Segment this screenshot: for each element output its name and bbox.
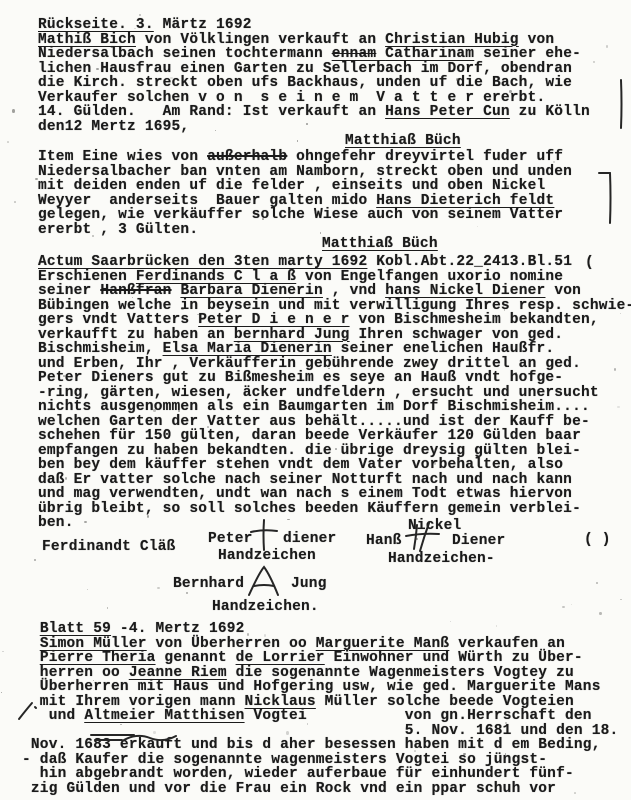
- scan-speckle: [72, 212, 75, 215]
- margin-bracket-handmark-icon: [596, 170, 614, 231]
- text-line: herren oo Jeanne Riem die sogenannte Wag…: [22, 666, 618, 681]
- text-line: Überherren mit Haus und Hofgering usw, w…: [22, 680, 618, 695]
- text-line: verkaufft zu haben an bernhard Jung Ihre…: [38, 328, 631, 343]
- scan-speckle: [84, 521, 87, 523]
- text-line: Mathiß Bich von Völklingen verkauft an C…: [38, 33, 590, 48]
- entry-4-blatt-59: Blatt 59 -4. Mertz 1692 Simon Müller von…: [22, 622, 618, 796]
- scan-speckle: [297, 140, 298, 142]
- scan-speckle: [34, 559, 36, 561]
- text-line: nichts ausgenommen als ein Baumgarten im…: [38, 400, 631, 415]
- scan-speckle: [181, 307, 184, 310]
- scan-speckle: [186, 592, 188, 593]
- scan-speckle: [320, 232, 322, 234]
- text-line: die Kirch. streckt oben ufs Backhaus, un…: [38, 76, 590, 91]
- text-line: Matthiaß Büch: [322, 237, 438, 252]
- scan-speckle: [606, 45, 608, 47]
- text-line: Niedersalbach seinen tochtermann ennam C…: [38, 47, 590, 62]
- scan-speckle: [7, 141, 8, 143]
- entry-2-wiese: Item Eine wies von außerhalb ohngefehr d…: [38, 150, 572, 237]
- text-line: Niedersalbacher ban vnten am Namborn, st…: [38, 165, 572, 180]
- text-line: Matthiaß Büch: [345, 134, 461, 149]
- text-line: Rückseite. 3. Märtz 1692: [38, 18, 590, 33]
- text-segment: übrig bleibt, so soll solches beeden Käu…: [38, 501, 581, 517]
- text-line: Weyyer anderseits Bauer galten mido Hans…: [38, 194, 572, 209]
- text-line: - daß Kaufer die sogenannte wagenmeister…: [22, 753, 618, 768]
- scan-speckle: [139, 14, 141, 16]
- text-line: lichen Hausfrau einen Garten zu Sellerba…: [38, 62, 590, 77]
- scan-speckle: [614, 368, 616, 370]
- text-line: Erschienen Ferdinands C l a ß von Engelf…: [38, 270, 631, 285]
- text-line: mit Ihrem vorigen mann Nicklaus Müller s…: [22, 695, 618, 710]
- scan-speckle: [496, 625, 497, 627]
- signature-label: Peter: [208, 532, 253, 547]
- text-segment: Matthiaß Büch: [345, 133, 461, 149]
- scan-speckle: [1, 692, 2, 693]
- strokes-handmark-icon: [402, 521, 442, 558]
- scan-speckle: [2, 651, 4, 652]
- scan-speckle: [98, 152, 100, 154]
- scan-speckle: [65, 477, 67, 480]
- text-line: und Erben, Ihr , Verkäufferin gebührende…: [38, 357, 631, 372]
- text-line: ben.: [38, 516, 631, 531]
- scan-speckle: [483, 639, 484, 640]
- text-line: Blatt 59 -4. Mertz 1692: [22, 622, 618, 637]
- scan-speckle: [620, 599, 621, 600]
- scan-speckle: [157, 587, 159, 589]
- scan-speckle: [134, 28, 136, 30]
- scan-speckle: [307, 723, 308, 724]
- scan-speckle: [515, 372, 517, 374]
- text-line: gers vndt Vatters Peter D i e n e r von …: [38, 313, 631, 328]
- scan-speckle: [195, 393, 196, 394]
- scan-speckle: [107, 607, 109, 609]
- scan-speckle: [35, 178, 38, 180]
- scan-speckle: [96, 68, 98, 70]
- scan-speckle: [456, 78, 459, 81]
- text-line: den12 Mertz 1695,: [38, 120, 590, 135]
- signature-label: (: [585, 256, 594, 271]
- scan-speckle: [14, 201, 15, 203]
- text-segment: zu Kölln: [510, 104, 590, 120]
- tilde-handmark-icon: [122, 730, 178, 748]
- text-line: welchen Garten der Vatter aus behält....…: [38, 415, 631, 430]
- scan-speckle: [593, 61, 595, 62]
- scan-speckle: [599, 612, 602, 615]
- text-segment: ererbt , 3 Gülten.: [38, 222, 198, 238]
- text-line: Bübingen welche in beysein und mit verwi…: [38, 299, 631, 314]
- signature-label: Hanß: [366, 534, 402, 549]
- text-segment: Hans Peter Cun: [385, 104, 510, 120]
- text-line: 14. Gülden. Am Rand: Ist verkauft an Han…: [38, 105, 590, 120]
- margin-line-handmark-icon: [617, 78, 625, 135]
- text-segment: zig Gülden und vor die Frau ein Rock vnd…: [22, 781, 556, 797]
- text-line: ben bey dem käuffer stehen vndt dem Vate…: [38, 458, 631, 473]
- scan-speckle: [445, 336, 447, 338]
- text-line: ererbt , 3 Gülten.: [38, 223, 572, 238]
- scan-speckle: [153, 731, 155, 734]
- scan-speckle: [43, 347, 45, 349]
- scan-speckle: [596, 582, 598, 583]
- signature-label: ( ): [584, 533, 611, 548]
- text-line: mit deiden enden uf die felder , einseit…: [38, 179, 572, 194]
- text-line: hin abgebrandt worden, wieder auferbaue …: [22, 767, 618, 782]
- signature-label: Bernhard: [173, 577, 244, 592]
- scan-speckle: [286, 731, 289, 735]
- signature-matthias-buech-2: Matthiaß Büch: [322, 237, 438, 252]
- scan-speckle: [397, 271, 399, 273]
- letter-a-handmark-icon: [246, 563, 282, 604]
- scan-speckle: [71, 256, 73, 258]
- scan-speckle: [147, 515, 149, 517]
- text-line: gelegen, wie verkäuffer solche Wiese auc…: [38, 208, 572, 223]
- signature-label: Diener: [452, 534, 505, 549]
- signature-label: diener: [283, 532, 336, 547]
- text-line: Actum Saarbrücken den 3ten marty 1692 Ko…: [38, 255, 631, 270]
- scan-speckle: [434, 462, 436, 465]
- text-line: Item Eine wies von außerhalb ohngefehr d…: [38, 150, 572, 165]
- cross-handmark-icon: [249, 519, 279, 556]
- scan-speckle: [275, 348, 277, 350]
- scan-speckle: [87, 589, 88, 590]
- signature-label: Ferdinandt Cläß: [42, 540, 176, 555]
- text-line: daß Er vatter solche nach seiner Notturf…: [38, 473, 631, 488]
- scan-speckle: [178, 410, 180, 411]
- text-line: empfangen zu haben bekandten. die übrige…: [38, 444, 631, 459]
- text-line: Pierre Theria genannt de Lorrier Einwohn…: [22, 651, 618, 666]
- text-line: Peter Dieners gut zu Bißmesheim es seye …: [38, 371, 631, 386]
- text-line: zig Gülden und vor die Frau ein Rock vnd…: [22, 782, 618, 797]
- text-line: Bischmisheim, Elsa Maria Dienerin seiner…: [38, 342, 631, 357]
- entry-1-rueckseite: Rückseite. 3. Märtz 1692Mathiß Bich von …: [38, 18, 590, 134]
- scanned-document-page: Rückseite. 3. Märtz 1692Mathiß Bich von …: [0, 0, 631, 800]
- text-segment: den12 Mertz 1695,: [38, 119, 189, 135]
- scan-speckle: [41, 450, 42, 451]
- signature-matthias-buech-1: Matthiaß Büch: [345, 134, 461, 149]
- text-line: seiner Hanßfran Barbara Dienerin , vnd h…: [38, 284, 631, 299]
- scan-speckle: [507, 185, 509, 187]
- text-line: und mag verwendten, undt wan nach s eine…: [38, 487, 631, 502]
- scan-speckle: [357, 80, 358, 81]
- text-line: Verkaufer solchen v o n s e i n e m V a …: [38, 91, 590, 106]
- text-line: schehen für 150 gülten, daran beede Verk…: [38, 429, 631, 444]
- text-line: übrig bleibt, so soll solches beeden Käu…: [38, 502, 631, 517]
- slash-handmark-icon: [14, 700, 40, 727]
- scan-speckle: [287, 519, 290, 521]
- scan-speckle: [81, 496, 82, 497]
- scan-speckle: [617, 406, 619, 408]
- scan-speckle: [335, 448, 337, 450]
- scan-speckle: [571, 604, 572, 605]
- scan-speckle: [428, 213, 430, 215]
- text-line: Simon Müller von Überherren oo Marguerit…: [22, 637, 618, 652]
- scan-speckle: [415, 538, 418, 540]
- text-line: und Altmeier Matthisen Vogtei von gn.Her…: [22, 709, 618, 724]
- scan-speckle: [562, 606, 565, 608]
- scan-speckle: [107, 306, 109, 308]
- text-segment: Matthiaß Büch: [322, 236, 438, 252]
- scan-speckle: [93, 680, 94, 681]
- scan-speckle: [12, 109, 15, 113]
- scan-speckle: [40, 332, 42, 333]
- scan-speckle: [509, 90, 512, 93]
- text-segment: ben.: [38, 515, 74, 531]
- scan-speckle: [105, 508, 106, 509]
- signature-label: Jung: [291, 577, 327, 592]
